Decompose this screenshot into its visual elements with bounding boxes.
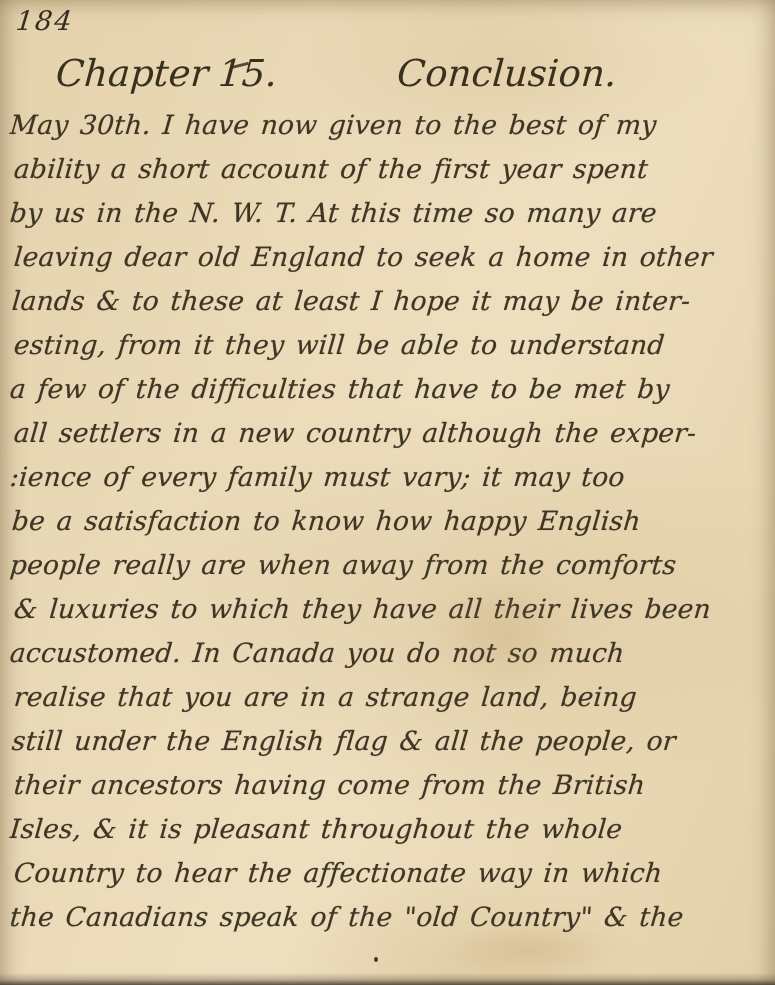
manuscript-line: a few of the difficulties that have to b… bbox=[8, 368, 773, 412]
manuscript-line: Country to hear the affectionate way in … bbox=[8, 852, 773, 896]
manuscript-line: accustomed. In Canada you do not so much bbox=[8, 632, 773, 676]
manuscript-line: ability a short account of the first yea… bbox=[8, 148, 773, 192]
manuscript-line: :ience of every family must vary; it may… bbox=[8, 456, 773, 500]
ink-dot bbox=[374, 957, 378, 962]
manuscript-line: realise that you are in a strange land, … bbox=[8, 676, 773, 720]
manuscript-line: all settlers in a new country although t… bbox=[8, 412, 773, 456]
manuscript-line: May 30th. I have now given to the best o… bbox=[8, 104, 773, 148]
manuscript-line: by us in the N. W. T. At this time so ma… bbox=[8, 192, 773, 236]
manuscript-line: the Canadians speak of the "old Country"… bbox=[8, 896, 773, 940]
manuscript-line: lands & to these at least I hope it may … bbox=[8, 280, 773, 324]
manuscript-body: May 30th. I have now given to the best o… bbox=[10, 104, 771, 940]
manuscript-line: still under the English flag & all the p… bbox=[8, 720, 773, 764]
chapter-number: 15. bbox=[217, 52, 279, 95]
manuscript-line: esting, from it they will be able to und… bbox=[8, 324, 773, 368]
manuscript-line: be a satisfaction to know how happy Engl… bbox=[8, 500, 773, 544]
page-number: 184 bbox=[14, 6, 75, 37]
manuscript-line: their ancestors having come from the Bri… bbox=[8, 764, 773, 808]
page-bottom-edge bbox=[0, 973, 775, 985]
chapter-heading: Chapter15.Conclusion. bbox=[54, 52, 756, 95]
manuscript-page: 184 Chapter15.Conclusion. May 30th. I ha… bbox=[0, 0, 775, 985]
manuscript-line: leaving dear old England to seek a home … bbox=[8, 236, 773, 280]
chapter-label: Chapter bbox=[54, 52, 209, 95]
manuscript-line: people really are when away from the com… bbox=[8, 544, 773, 588]
manuscript-line: Isles, & it is pleasant throughout the w… bbox=[8, 808, 773, 852]
manuscript-line: & luxuries to which they have all their … bbox=[8, 588, 773, 632]
chapter-title: Conclusion. bbox=[396, 52, 619, 95]
